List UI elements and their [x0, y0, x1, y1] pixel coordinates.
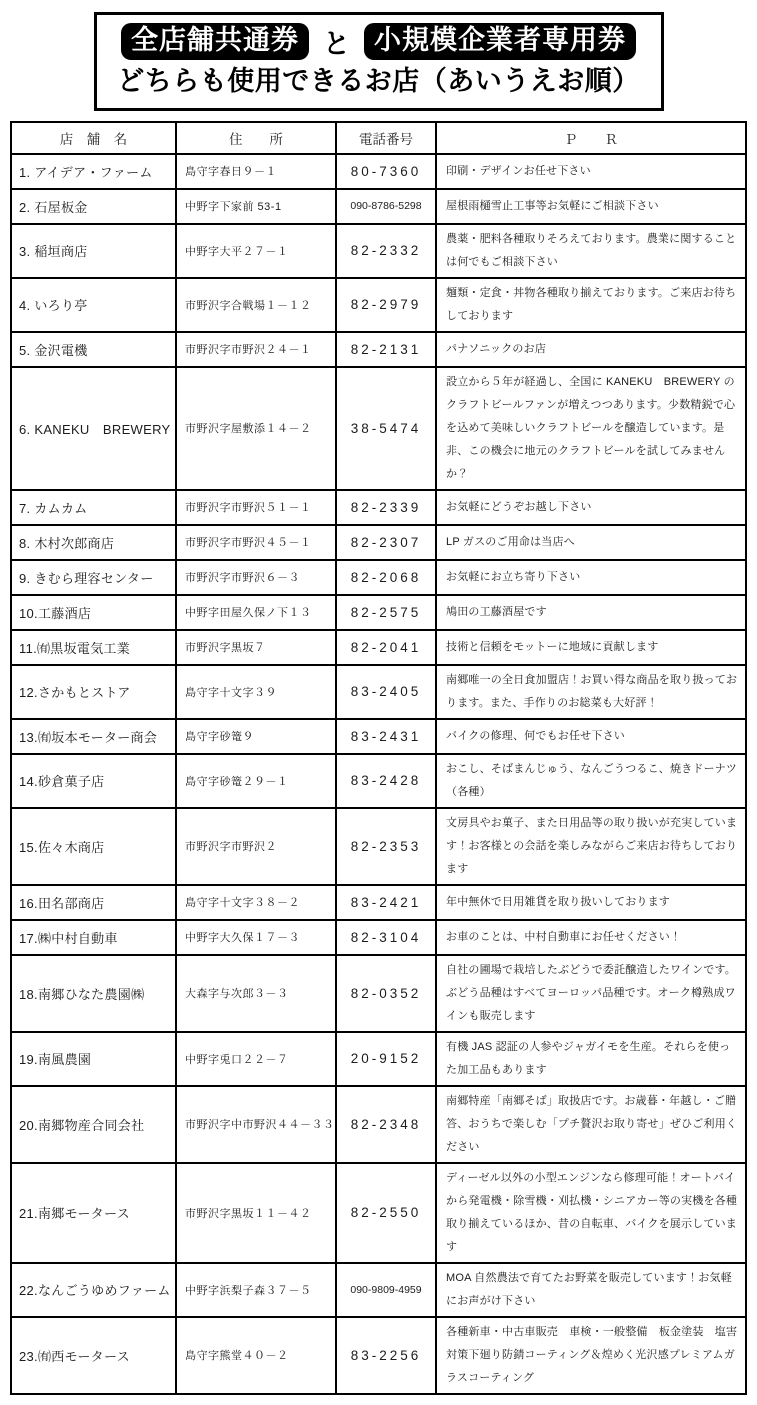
- table-row: 19.南風農園 中野字兎口２２－７ 20-9152 有機 JAS 認証の人参やジ…: [11, 1032, 746, 1086]
- store-name-cell: 20.南郷物産合同会社: [11, 1086, 176, 1163]
- col-header-address: 住 所: [176, 122, 336, 154]
- table-row: 8. 木村次郎商店 市野沢字市野沢４５－１ 82-2307 LP ガスのご用命は…: [11, 525, 746, 560]
- table-row: 13.㈲坂本モーター商会 島守字砂篭９ 83-2431 バイクの修理、何でもお任…: [11, 719, 746, 754]
- pr-cell: 有機 JAS 認証の人参やジャガイモを生産。それらを使った加工品もあります: [436, 1032, 746, 1086]
- table-row: 14.砂倉菓子店 島守字砂篭２９－１ 83-2428 おこし、そばまんじゅう、な…: [11, 754, 746, 808]
- store-name-cell: 3. 稲垣商店: [11, 224, 176, 278]
- phone-cell: 38-5474: [336, 367, 436, 490]
- pr-cell: 南郷特産「南郷そば」取扱店です。お歳暮・年越し・ご贈答、おうちで楽しむ「プチ贅沢…: [436, 1086, 746, 1163]
- stores-table: 店 舗 名 住 所 電話番号 Ｐ Ｒ 1. アイデア・ファーム 島守字春日９－１…: [10, 121, 747, 1395]
- address-cell: 市野沢字屋敷添１４－２: [176, 367, 336, 490]
- pr-cell: MOA 自然農法で育てたお野菜を販売しています！お気軽にお声がけ下さい: [436, 1263, 746, 1317]
- table-row: 20.南郷物産合同会社 市野沢字中市野沢４４－３３ 82-2348 南郷特産「南…: [11, 1086, 746, 1163]
- phone-cell: 83-2256: [336, 1317, 436, 1394]
- table-row: 12.さかもとストア 島守字十文字３９ 83-2405 南郷唯一の全日食加盟店！…: [11, 665, 746, 719]
- pr-cell: LP ガスのご用命は当店へ: [436, 525, 746, 560]
- store-name-cell: 15.佐々木商店: [11, 808, 176, 885]
- phone-cell: 83-2405: [336, 665, 436, 719]
- address-cell: 島守字十文字３８－２: [176, 885, 336, 920]
- stores-table-body: 1. アイデア・ファーム 島守字春日９－１ 80-7360 印刷・デザインお任せ…: [11, 154, 746, 1394]
- store-name-cell: 9. きむら理容センター: [11, 560, 176, 595]
- connector-text: と: [323, 22, 350, 61]
- pr-cell: 南郷唯一の全日食加盟店！お買い得な商品を取り扱っております。また、手作りのお総菜…: [436, 665, 746, 719]
- phone-cell: 83-2431: [336, 719, 436, 754]
- table-row: 10.工藤酒店 中野字田屋久保ノ下１３ 82-2575 鳩田の工藤酒屋です: [11, 595, 746, 630]
- table-row: 1. アイデア・ファーム 島守字春日９－１ 80-7360 印刷・デザインお任せ…: [11, 154, 746, 189]
- phone-cell: 090-8786-5298: [336, 189, 436, 224]
- store-name-cell: 11.㈲黒坂電気工業: [11, 630, 176, 665]
- store-name-cell: 17.㈱中村自動車: [11, 920, 176, 955]
- store-name-cell: 13.㈲坂本モーター商会: [11, 719, 176, 754]
- pr-cell: パナソニックのお店: [436, 332, 746, 367]
- pr-cell: お気軽にどうぞお越し下さい: [436, 490, 746, 525]
- store-name-cell: 8. 木村次郎商店: [11, 525, 176, 560]
- phone-cell: 82-2307: [336, 525, 436, 560]
- table-row: 15.佐々木商店 市野沢字市野沢２ 82-2353 文房具やお菓子、また日用品等…: [11, 808, 746, 885]
- pr-cell: お気軽にお立ち寄り下さい: [436, 560, 746, 595]
- pr-cell: おこし、そばまんじゅう、なんごうつるこ、焼きドーナツ（各種）: [436, 754, 746, 808]
- pr-cell: 自社の圃場で栽培したぶどうで委託醸造したワインです。ぶどう品種はすべてヨーロッパ…: [436, 955, 746, 1032]
- table-row: 4. いろり亭 市野沢字合戦場１－１２ 82-2979 麺類・定食・丼物各種取り…: [11, 278, 746, 332]
- store-name-cell: 6. KANEKU BREWERY: [11, 367, 176, 490]
- address-cell: 市野沢字市野沢４５－１: [176, 525, 336, 560]
- table-row: 18.南郷ひなた農園㈱ 大森字与次郎３－３ 82-0352 自社の圃場で栽培した…: [11, 955, 746, 1032]
- store-name-cell: 5. 金沢電機: [11, 332, 176, 367]
- pr-cell: 設立から５年が経過し、全国に KANEKU BREWERY のクラフトビールファ…: [436, 367, 746, 490]
- store-name-cell: 22.なんごうゆめファーム: [11, 1263, 176, 1317]
- table-row: 6. KANEKU BREWERY 市野沢字屋敷添１４－２ 38-5474 設立…: [11, 367, 746, 490]
- table-row: 16.田名部商店 島守字十文字３８－２ 83-2421 年中無休で日用雑貨を取り…: [11, 885, 746, 920]
- table-row: 2. 石屋板金 中野字下家前 53-1 090-8786-5298 屋根雨樋雪止…: [11, 189, 746, 224]
- store-name-cell: 7. カムカム: [11, 490, 176, 525]
- store-name-cell: 1. アイデア・ファーム: [11, 154, 176, 189]
- address-cell: 中野字大平２７－１: [176, 224, 336, 278]
- phone-cell: 82-2041: [336, 630, 436, 665]
- table-row: 5. 金沢電機 市野沢字市野沢２４－１ 82-2131 パナソニックのお店: [11, 332, 746, 367]
- page-title-box: 全店舗共通券 と 小規模企業者専用券 どちらも使用できるお店（あいうえお順）: [94, 12, 664, 111]
- address-cell: 中野字兎口２２－７: [176, 1032, 336, 1086]
- address-cell: 市野沢字市野沢２４－１: [176, 332, 336, 367]
- phone-cell: 82-2979: [336, 278, 436, 332]
- store-name-cell: 4. いろり亭: [11, 278, 176, 332]
- table-row: 21.南郷モータース 市野沢字黒坂１１－４２ 82-2550 ディーゼル以外の小…: [11, 1163, 746, 1263]
- table-row: 17.㈱中村自動車 中野字大久保１７－３ 82-3104 お車のことは、中村自動…: [11, 920, 746, 955]
- col-header-phone: 電話番号: [336, 122, 436, 154]
- title-line-vouchers: 全店舗共通券 と 小規模企業者専用券: [105, 22, 653, 61]
- phone-cell: 82-0352: [336, 955, 436, 1032]
- phone-cell: 82-3104: [336, 920, 436, 955]
- address-cell: 市野沢字黒坂７: [176, 630, 336, 665]
- address-cell: 島守字砂篭２９－１: [176, 754, 336, 808]
- pr-cell: 各種新車・中古車販売 車検・一般整備 板金塗装 塩害対策下廻り防錆コーティング＆…: [436, 1317, 746, 1394]
- table-row: 9. きむら理容センター 市野沢字市野沢６－３ 82-2068 お気軽にお立ち寄…: [11, 560, 746, 595]
- address-cell: 島守字春日９－１: [176, 154, 336, 189]
- phone-cell: 82-2068: [336, 560, 436, 595]
- address-cell: 島守字砂篭９: [176, 719, 336, 754]
- address-cell: 島守字十文字３９: [176, 665, 336, 719]
- table-header-row: 店 舗 名 住 所 電話番号 Ｐ Ｒ: [11, 122, 746, 154]
- phone-cell: 20-9152: [336, 1032, 436, 1086]
- store-name-cell: 19.南風農園: [11, 1032, 176, 1086]
- pr-cell: 技術と信頼をモットーに地域に貢献します: [436, 630, 746, 665]
- col-header-pr: Ｐ Ｒ: [436, 122, 746, 154]
- store-name-cell: 18.南郷ひなた農園㈱: [11, 955, 176, 1032]
- address-cell: 市野沢字市野沢２: [176, 808, 336, 885]
- address-cell: 市野沢字市野沢６－３: [176, 560, 336, 595]
- address-cell: 大森字与次郎３－３: [176, 955, 336, 1032]
- phone-cell: 82-2550: [336, 1163, 436, 1263]
- store-name-cell: 12.さかもとストア: [11, 665, 176, 719]
- pr-cell: ディーゼル以外の小型エンジンなら修理可能！オートバイから発電機・除雪機・刈払機・…: [436, 1163, 746, 1263]
- store-name-cell: 14.砂倉菓子店: [11, 754, 176, 808]
- phone-cell: 83-2428: [336, 754, 436, 808]
- address-cell: 市野沢字市野沢５１－１: [176, 490, 336, 525]
- phone-cell: 82-2353: [336, 808, 436, 885]
- pr-cell: 農薬・肥料各種取りそろえております。農業に関することは何でもご相談下さい: [436, 224, 746, 278]
- phone-cell: 80-7360: [336, 154, 436, 189]
- address-cell: 中野字下家前 53-1: [176, 189, 336, 224]
- pr-cell: 年中無休で日用雑貨を取り扱いしております: [436, 885, 746, 920]
- pr-cell: 鳩田の工藤酒屋です: [436, 595, 746, 630]
- address-cell: 中野字大久保１７－３: [176, 920, 336, 955]
- address-cell: 市野沢字合戦場１－１２: [176, 278, 336, 332]
- pr-cell: お車のことは、中村自動車にお任せください！: [436, 920, 746, 955]
- table-row: 7. カムカム 市野沢字市野沢５１－１ 82-2339 お気軽にどうぞお越し下さ…: [11, 490, 746, 525]
- address-cell: 中野字田屋久保ノ下１３: [176, 595, 336, 630]
- address-cell: 中野字浜梨子森３７－５: [176, 1263, 336, 1317]
- pr-cell: 印刷・デザインお任せ下さい: [436, 154, 746, 189]
- address-cell: 市野沢字中市野沢４４－３３: [176, 1086, 336, 1163]
- store-name-cell: 21.南郷モータース: [11, 1163, 176, 1263]
- store-name-cell: 10.工藤酒店: [11, 595, 176, 630]
- voucher-badge-common: 全店舗共通券: [121, 23, 309, 61]
- page-subtitle: どちらも使用できるお店（あいうえお順）: [105, 65, 653, 99]
- phone-cell: 82-2131: [336, 332, 436, 367]
- address-cell: 市野沢字黒坂１１－４２: [176, 1163, 336, 1263]
- phone-cell: 82-2332: [336, 224, 436, 278]
- phone-cell: 090-9809-4959: [336, 1263, 436, 1317]
- table-row: 11.㈲黒坂電気工業 市野沢字黒坂７ 82-2041 技術と信頼をモットーに地域…: [11, 630, 746, 665]
- store-name-cell: 2. 石屋板金: [11, 189, 176, 224]
- pr-cell: バイクの修理、何でもお任せ下さい: [436, 719, 746, 754]
- phone-cell: 82-2575: [336, 595, 436, 630]
- pr-cell: 文房具やお菓子、また日用品等の取り扱いが充実しています！お客様との会話を楽しみな…: [436, 808, 746, 885]
- table-row: 3. 稲垣商店 中野字大平２７－１ 82-2332 農薬・肥料各種取りそろえてお…: [11, 224, 746, 278]
- store-name-cell: 16.田名部商店: [11, 885, 176, 920]
- phone-cell: 82-2348: [336, 1086, 436, 1163]
- col-header-store-name: 店 舗 名: [11, 122, 176, 154]
- phone-cell: 82-2339: [336, 490, 436, 525]
- table-row: 22.なんごうゆめファーム 中野字浜梨子森３７－５ 090-9809-4959 …: [11, 1263, 746, 1317]
- pr-cell: 屋根雨樋雪止工事等お気軽にご相談下さい: [436, 189, 746, 224]
- table-row: 23.㈲西モータース 島守字熊堂４０－２ 83-2256 各種新車・中古車販売 …: [11, 1317, 746, 1394]
- store-name-cell: 23.㈲西モータース: [11, 1317, 176, 1394]
- voucher-badge-small-business: 小規模企業者専用券: [364, 23, 636, 61]
- address-cell: 島守字熊堂４０－２: [176, 1317, 336, 1394]
- phone-cell: 83-2421: [336, 885, 436, 920]
- pr-cell: 麺類・定食・丼物各種取り揃えております。ご来店お待ちしております: [436, 278, 746, 332]
